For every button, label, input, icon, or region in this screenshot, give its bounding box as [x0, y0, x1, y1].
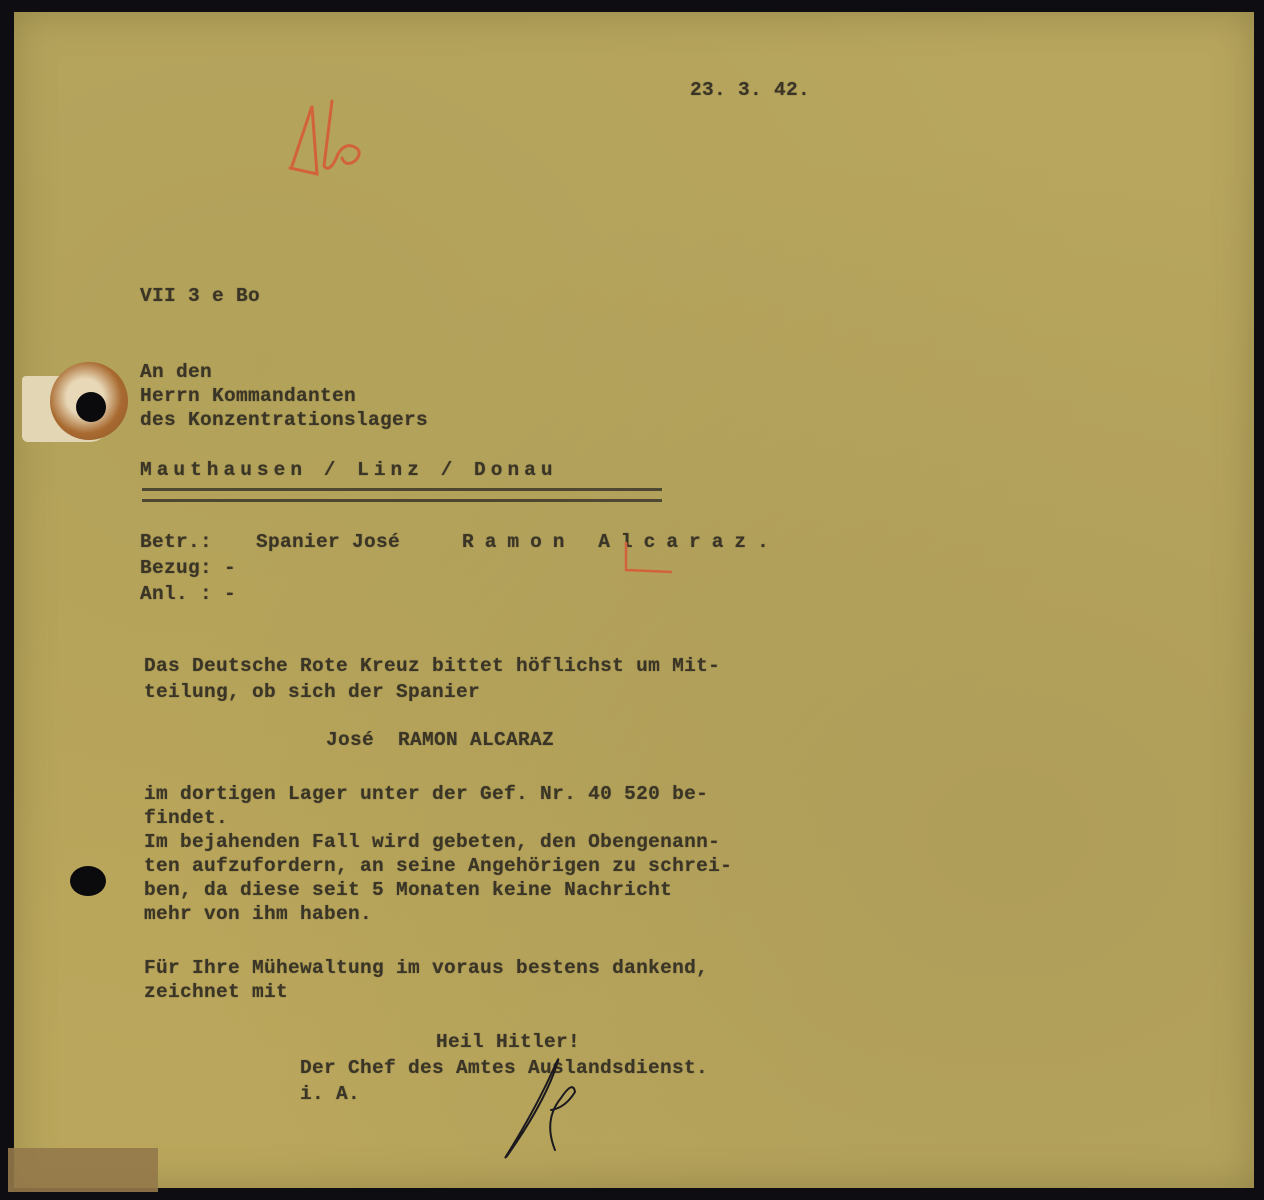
- tape-strip: [8, 1148, 158, 1192]
- punch-hole-bottom: [70, 866, 106, 896]
- punch-hole-top: [76, 392, 106, 422]
- location-double-underline: [142, 488, 662, 502]
- body-paragraph-1-line-1: Das Deutsche Rote Kreuz bittet höflichst…: [144, 656, 720, 677]
- recipient-line-1: An den: [140, 362, 212, 383]
- body-paragraph-3-line-4: mehr von ihm haben.: [144, 904, 372, 925]
- subject-label: Betr.:: [140, 532, 212, 553]
- closing-line-1: Für Ihre Mühewaltung im voraus bestens d…: [144, 958, 708, 979]
- closing-line-2: zeichnet mit: [144, 982, 288, 1003]
- reference-line: Bezug: -: [140, 558, 236, 579]
- handwritten-signature: [495, 1050, 615, 1165]
- handwritten-folio-number: [272, 96, 382, 196]
- file-reference: VII 3 e Bo: [140, 286, 260, 307]
- recipient-line-3: des Konzentrationslagers: [140, 410, 428, 431]
- recipient-location: Mauthausen / Linz / Donau: [140, 460, 558, 481]
- body-paragraph-2-line-1: im dortigen Lager unter der Gef. Nr. 40 …: [144, 784, 708, 805]
- enclosure-line: Anl. : -: [140, 584, 236, 605]
- person-name-centered: José RAMON ALCARAZ: [326, 730, 554, 751]
- red-pencil-bracket-mark: [620, 540, 676, 580]
- subject-value-prefix: Spanier José: [256, 532, 400, 553]
- body-paragraph-3-line-2: ten aufzufordern, an seine Angehörigen z…: [144, 856, 732, 877]
- body-paragraph-1-line-2: teilung, ob sich der Spanier: [144, 682, 480, 703]
- document-date: 23. 3. 42.: [690, 80, 810, 101]
- body-paragraph-2-line-2: findet.: [144, 808, 228, 829]
- body-paragraph-3-line-1: Im bejahenden Fall wird gebeten, den Obe…: [144, 832, 720, 853]
- signatory-ia: i. A.: [300, 1084, 360, 1105]
- body-paragraph-3-line-3: ben, da diese seit 5 Monaten keine Nachr…: [144, 880, 672, 901]
- recipient-line-2: Herrn Kommandanten: [140, 386, 356, 407]
